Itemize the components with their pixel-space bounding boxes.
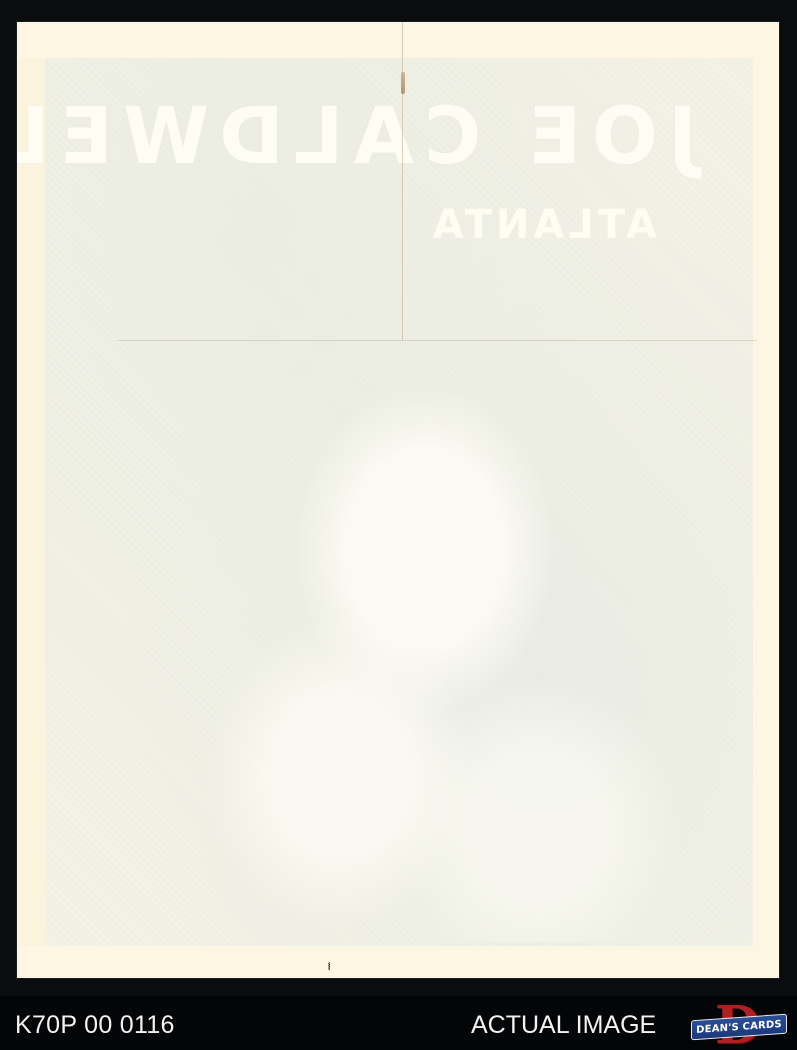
card-back: JOE CALDWELL ATLANTA ⧙ (17, 22, 779, 978)
show-through-player-name: JOE CALDWELL (137, 92, 697, 182)
fold-line-horizontal (117, 340, 757, 341)
card-border-strip (17, 58, 45, 946)
fold-line-vertical (402, 22, 403, 340)
ink-speck: ⧙ (328, 961, 330, 974)
deans-cards-logo: D DEAN'S CARDS (691, 1003, 785, 1049)
stain-mark (401, 72, 405, 94)
inventory-code: K70P 00 0116 (15, 1011, 175, 1040)
logo-banner: DEAN'S CARDS (691, 1014, 787, 1041)
logo-banner-text: DEAN'S CARDS (696, 1019, 782, 1036)
show-through-team-name: ATLANTA (457, 202, 657, 248)
show-through-player-image (117, 382, 677, 942)
actual-image-label: ACTUAL IMAGE (471, 1011, 656, 1040)
